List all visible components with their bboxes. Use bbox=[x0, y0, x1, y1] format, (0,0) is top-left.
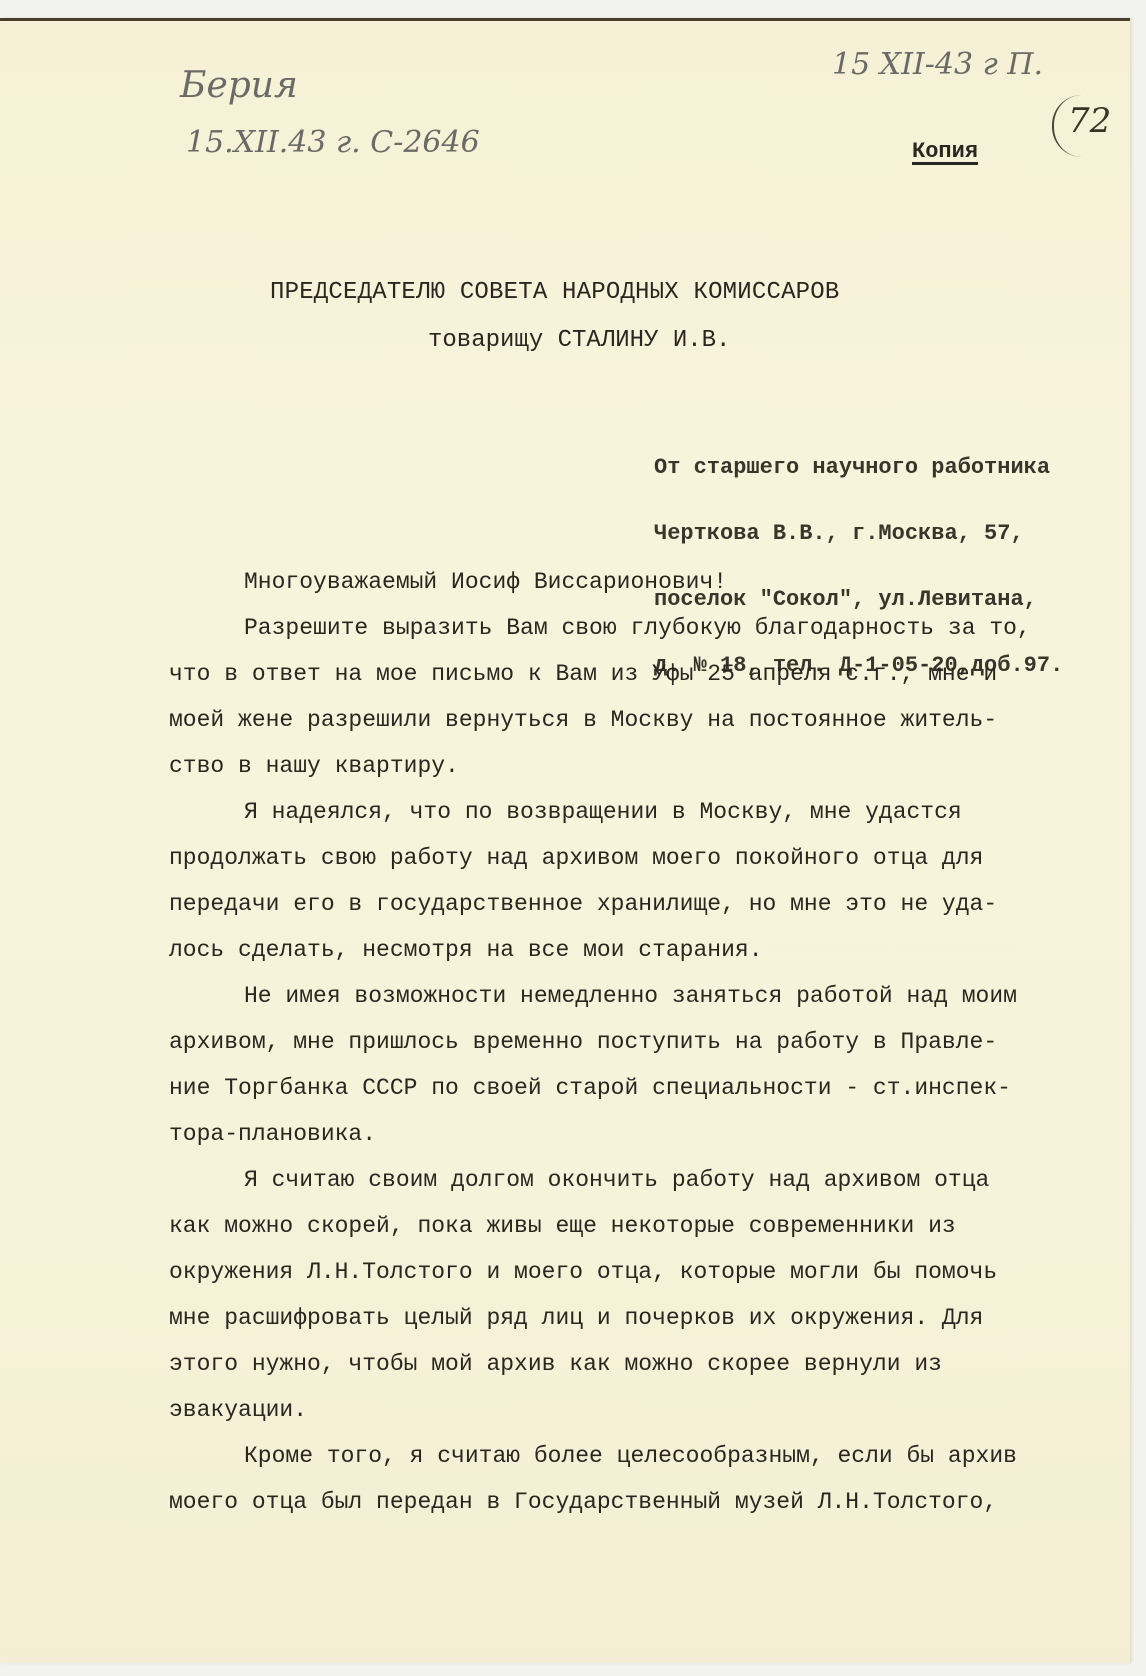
salutation: Многоуважаемый Иосиф Виссарионович! bbox=[244, 569, 727, 595]
body-line: Кроме того, я считаю более целесообразны… bbox=[244, 1443, 1017, 1469]
body-line: Не имея возможности немедленно заняться … bbox=[244, 983, 1017, 1009]
body-line: как можно скорей, пока живы еще некоторы… bbox=[169, 1213, 956, 1239]
page-number: 72 bbox=[1068, 101, 1111, 141]
handwritten-date-annotation: 15 XII-43 г П. bbox=[832, 47, 1043, 82]
body-line: Разрешите выразить Вам свою глубокую бла… bbox=[244, 615, 1031, 641]
body-line: моей жене разрешили вернуться в Москву н… bbox=[169, 707, 997, 733]
body-line: окружения Л.Н.Толстого и моего отца, кот… bbox=[169, 1259, 997, 1285]
document-page: Берия 15.XII.43 г. С-2646 15 XII-43 г П.… bbox=[0, 18, 1130, 1663]
addressee-title: ПРЕДСЕДАТЕЛЮ СОВЕТА НАРОДНЫХ КОМИССАРОВ bbox=[270, 279, 840, 306]
body-line: этого нужно, чтобы мой архив как можно с… bbox=[169, 1351, 942, 1377]
body-line: что в ответ на мое письмо к Вам из Уфы 2… bbox=[169, 661, 997, 687]
body-line: мне расшифровать целый ряд лиц и почерко… bbox=[169, 1305, 983, 1331]
sender-line: От старшего научного работника bbox=[654, 457, 1063, 479]
handwritten-registration-number: 15.XII.43 г. С-2646 bbox=[186, 125, 480, 160]
body-line: эвакуации. bbox=[169, 1397, 307, 1423]
body-line: ство в нашу квартиру. bbox=[169, 753, 459, 779]
body-line: Я надеялся, что по возвращении в Москву,… bbox=[244, 799, 962, 825]
addressee-name: товарищу СТАЛИНУ И.В. bbox=[428, 327, 730, 354]
body-line: ние Торгбанка СССР по своей старой специ… bbox=[169, 1075, 1011, 1101]
body-line: тора-плановика. bbox=[169, 1121, 376, 1147]
copy-mark: Копия bbox=[912, 139, 978, 164]
sender-line: Черткова В.В., г.Москва, 57, bbox=[654, 523, 1063, 545]
handwritten-name-annotation: Берия bbox=[180, 65, 298, 106]
body-line: архивом, мне пришлось временно поступить… bbox=[169, 1029, 997, 1055]
body-line: Я считаю своим долгом окончить работу на… bbox=[244, 1167, 989, 1193]
body-line: моего отца был передан в Государственный… bbox=[169, 1489, 997, 1515]
body-line: продолжать свою работу над архивом моего… bbox=[169, 845, 983, 871]
body-line: лось сделать, несмотря на все мои старан… bbox=[169, 937, 763, 963]
body-line: передачи его в государственное хранилище… bbox=[169, 891, 997, 917]
